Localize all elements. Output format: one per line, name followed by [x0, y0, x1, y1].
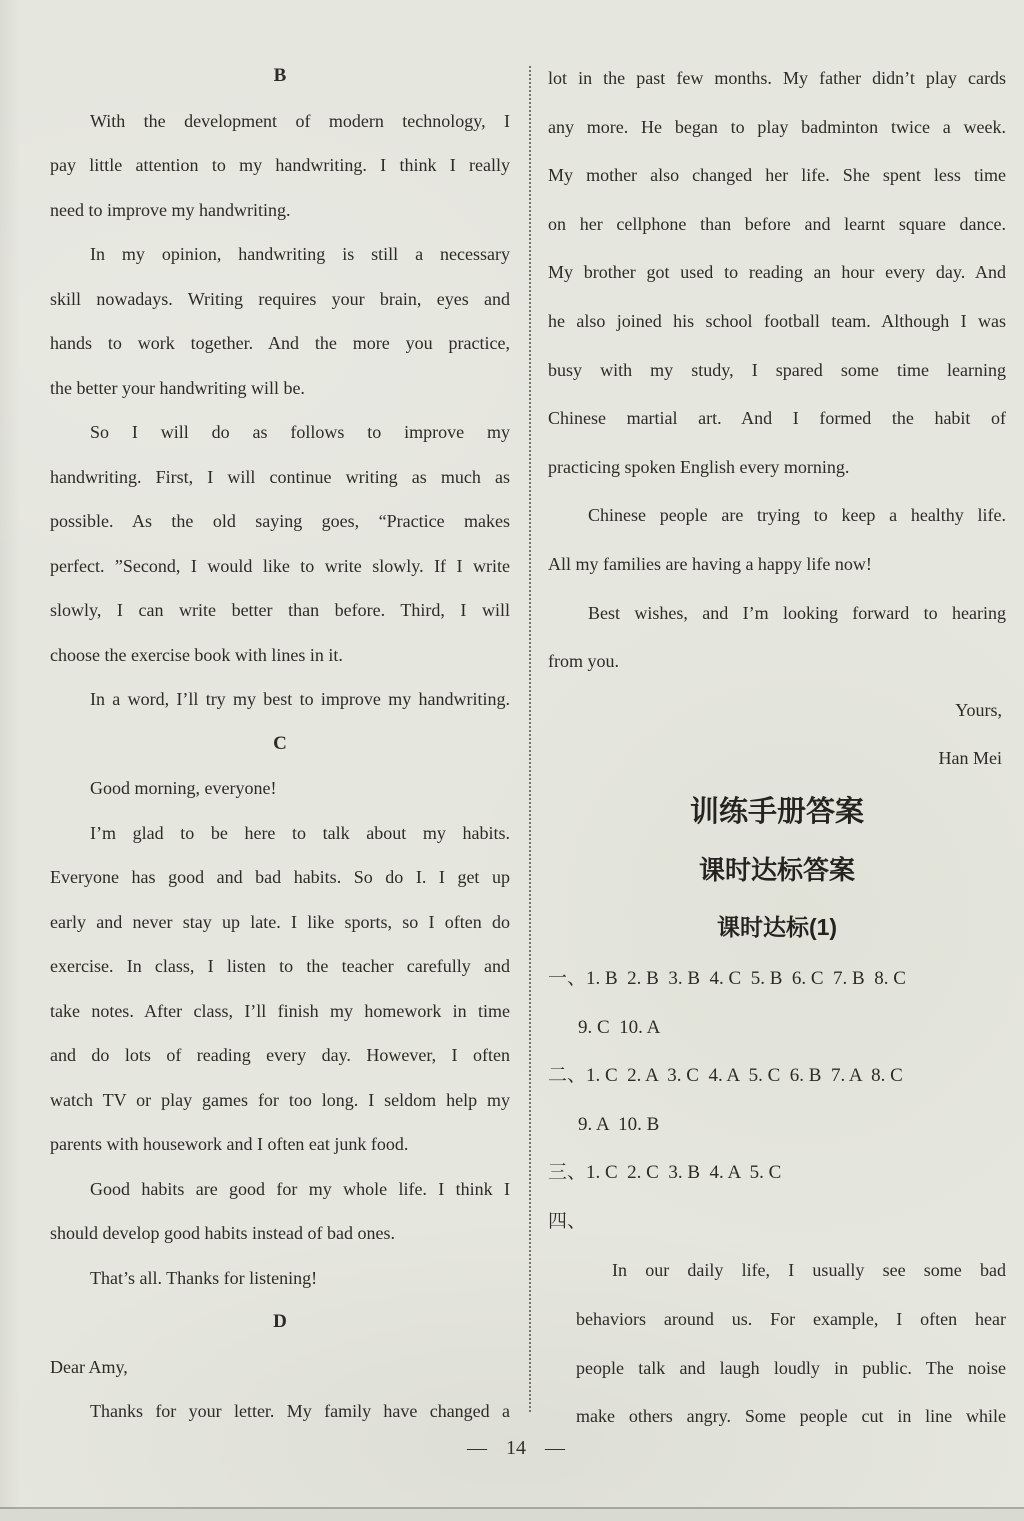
text-line: Chinese martial art. And I formed the ha…	[548, 394, 1006, 443]
text-line: pay little attention to my handwriting. …	[50, 143, 510, 188]
text-line: exercise. In class, I listen to the teac…	[50, 944, 510, 989]
text-line: skill nowadays. Writing requires your br…	[50, 277, 510, 322]
text-line: behaviors around us. For example, I ofte…	[548, 1295, 1006, 1344]
answer-line: 二、1. C 2. A 3. C 4. A 5. C 6. B 7. A 8. …	[548, 1052, 1006, 1101]
text-line: from you.	[548, 637, 1006, 686]
answers-title: 训练手册答案	[548, 783, 1006, 841]
text-line: early and never stay up late. I like spo…	[50, 900, 510, 945]
answer-line: 四、	[548, 1198, 1006, 1247]
text-line: That’s all. Thanks for listening!	[50, 1256, 510, 1301]
text-line: busy with my study, I spared some time l…	[548, 346, 1006, 395]
text-line: My brother got used to reading an hour e…	[548, 248, 1006, 297]
text-line: need to improve my handwriting.	[50, 188, 510, 233]
answer-line: 9. C 10. A	[548, 1004, 1006, 1053]
text-line: Good habits are good for my whole life. …	[50, 1167, 510, 1212]
left-column: BWith the development of modern technolo…	[50, 54, 510, 1434]
text-line: Thanks for your letter. My family have c…	[50, 1389, 510, 1434]
answer-line: 一、1. B 2. B 3. B 4. C 5. B 6. C 7. B 8. …	[548, 955, 1006, 1004]
answer-line: 9. A 10. B	[548, 1101, 1006, 1150]
signature-line: Yours,	[548, 686, 1006, 735]
text-line: the better your handwriting will be.	[50, 366, 510, 411]
text-line: Everyone has good and bad habits. So do …	[50, 855, 510, 900]
answer-line: 三、1. C 2. C 3. B 4. A 5. C	[548, 1149, 1006, 1198]
text-line: In my opinion, handwriting is still a ne…	[50, 232, 510, 277]
text-line: any more. He began to play badminton twi…	[548, 103, 1006, 152]
text-line: and do lots of reading every day. Howeve…	[50, 1033, 510, 1078]
text-line: on her cellphone than before and learnt …	[548, 200, 1006, 249]
text-line: In a word, I’ll try my best to improve m…	[50, 677, 510, 722]
text-line: Best wishes, and I’m looking forward to …	[548, 589, 1006, 638]
page-number: — 14 —	[12, 1428, 1020, 1468]
text-line: perfect. ”Second, I would like to write …	[50, 544, 510, 589]
lesson-heading: 课时达标(1)	[548, 899, 1006, 955]
text-line: My mother also changed her life. She spe…	[548, 151, 1006, 200]
text-line: Good morning, everyone!	[50, 766, 510, 811]
answers-subtitle: 课时达标答案	[548, 841, 1006, 899]
section-letter-heading: D	[50, 1300, 510, 1345]
text-line: choose the exercise book with lines in i…	[50, 633, 510, 678]
section-letter-heading: B	[50, 54, 510, 99]
text-line: take notes. After class, I’ll finish my …	[50, 989, 510, 1034]
text-line: parents with housework and I often eat j…	[50, 1122, 510, 1167]
column-divider	[529, 66, 531, 1412]
text-line: I’m glad to be here to talk about my hab…	[50, 811, 510, 856]
signature-line: Han Mei	[548, 734, 1006, 783]
text-line: should develop good habits instead of ba…	[50, 1211, 510, 1256]
text-line: In our daily life, I usually see some ba…	[548, 1246, 1006, 1295]
text-line: Chinese people are trying to keep a heal…	[548, 491, 1006, 540]
text-line: With the development of modern technolog…	[50, 99, 510, 144]
text-line: All my families are having a happy life …	[548, 540, 1006, 589]
page: { "page": { "number": "— 14 —" }, "left_…	[0, 0, 1024, 1521]
text-line: So I will do as follows to improve my	[50, 410, 510, 455]
text-line: handwriting. First, I will continue writ…	[50, 455, 510, 500]
text-line: people talk and laugh loudly in public. …	[548, 1344, 1006, 1393]
right-column: lot in the past few months. My father di…	[548, 54, 1006, 1441]
text-line: practicing spoken English every morning.	[548, 443, 1006, 492]
text-line: slowly, I can write better than before. …	[50, 588, 510, 633]
scan-bottom-strip	[0, 1509, 1024, 1521]
text-line: lot in the past few months. My father di…	[548, 54, 1006, 103]
text-line: hands to work together. And the more you…	[50, 321, 510, 366]
text-line: possible. As the old saying goes, “Pract…	[50, 499, 510, 544]
section-letter-heading: C	[50, 722, 510, 767]
text-line: watch TV or play games for too long. I s…	[50, 1078, 510, 1123]
text-line: he also joined his school football team.…	[548, 297, 1006, 346]
text-line: Dear Amy,	[50, 1345, 510, 1390]
